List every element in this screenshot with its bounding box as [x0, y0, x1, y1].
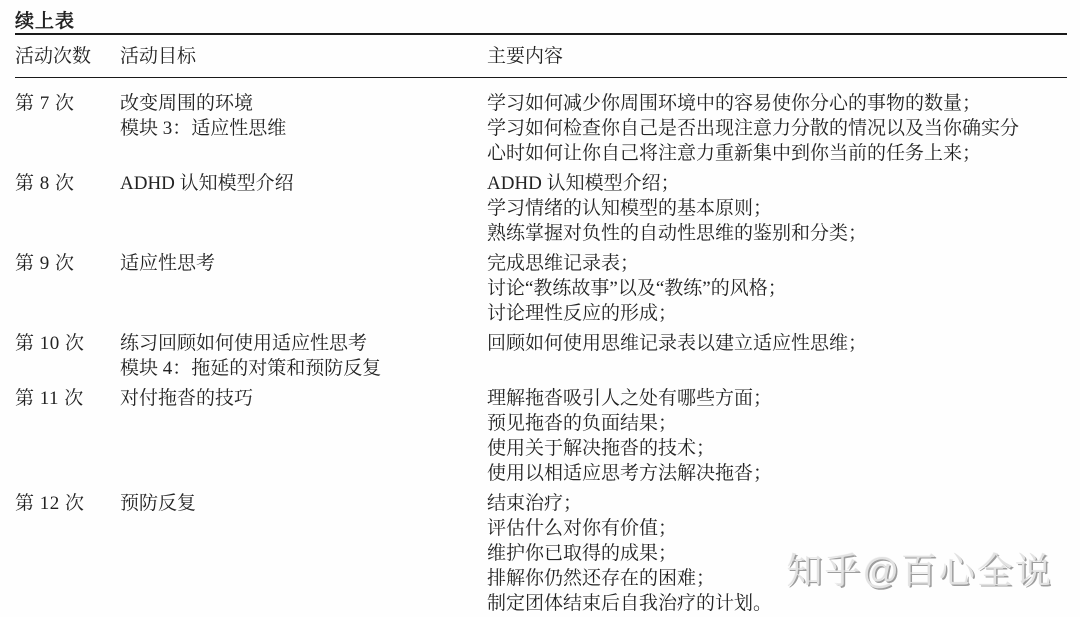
session-cell: 第 7 次: [15, 91, 120, 166]
table-header-row: 活动次数 活动目标 主要内容: [15, 35, 1067, 77]
table-row: 第 10 次练习回顾如何使用适应性思考模块 4：拖延的对策和预防反复回顾如何使用…: [15, 331, 1067, 381]
content-line: 结束治疗；: [487, 491, 1032, 516]
content-line: 使用以相适应思考方法解决拖沓；: [487, 461, 1032, 486]
content-line: 排解你仍然还存在的困难；: [487, 566, 1032, 591]
goal-line: 对付拖沓的技巧: [120, 386, 487, 411]
goal-line: 练习回顾如何使用适应性思考: [120, 331, 487, 356]
table-row: 第 11 次对付拖沓的技巧理解拖沓吸引人之处有哪些方面；预见拖沓的负面结果；使用…: [15, 386, 1067, 486]
session-cell: 第 8 次: [15, 171, 120, 246]
session-cell: 第 11 次: [15, 386, 120, 486]
content-line: 预见拖沓的负面结果；: [487, 411, 1032, 436]
goal-cell: 预防反复: [120, 491, 487, 616]
content-line: 学习情绪的认知模型的基本原则；: [487, 196, 1032, 221]
content-line: 维护你已取得的成果；: [487, 541, 1032, 566]
content-line: 制定团体结束后自我治疗的计划。: [487, 591, 1032, 616]
goal-cell: 适应性思考: [120, 251, 487, 326]
content-cell: 理解拖沓吸引人之处有哪些方面；预见拖沓的负面结果；使用关于解决拖沓的技术；使用以…: [487, 386, 1032, 486]
goal-line: 适应性思考: [120, 251, 487, 276]
content-line: 讨论理性反应的形成；: [487, 301, 1032, 326]
goal-line: 预防反复: [120, 491, 487, 516]
goal-cell: 改变周围的环境模块 3：适应性思维: [120, 91, 487, 166]
content-line: 学习如何减少你周围环境中的容易使你分心的事物的数量；: [487, 91, 1032, 116]
table-body: 第 7 次改变周围的环境模块 3：适应性思维学习如何减少你周围环境中的容易使你分…: [15, 78, 1067, 616]
goal-cell: 对付拖沓的技巧: [120, 386, 487, 486]
content-line: 讨论“教练故事”以及“教练”的风格；: [487, 276, 1032, 301]
content-cell: 回顾如何使用思维记录表以建立适应性思维；: [487, 331, 1032, 381]
column-header-goal: 活动目标: [120, 44, 487, 69]
goal-line: 模块 3：适应性思维: [120, 116, 487, 141]
column-header-content: 主要内容: [487, 44, 1032, 69]
document-page: 续上表 活动次数 活动目标 主要内容 第 7 次改变周围的环境模块 3：适应性思…: [0, 0, 1080, 617]
goal-cell: 练习回顾如何使用适应性思考模块 4：拖延的对策和预防反复: [120, 331, 487, 381]
session-cell: 第 12 次: [15, 491, 120, 616]
content-cell: 学习如何减少你周围环境中的容易使你分心的事物的数量；学习如何检查你自己是否出现注…: [487, 91, 1032, 166]
table-row: 第 8 次ADHD 认知模型介绍ADHD 认知模型介绍；学习情绪的认知模型的基本…: [15, 171, 1067, 246]
table-row: 第 7 次改变周围的环境模块 3：适应性思维学习如何减少你周围环境中的容易使你分…: [15, 91, 1067, 166]
content-line: 学习如何检查你自己是否出现注意力分散的情况以及当你确实分心时如何让你自己将注意力…: [487, 116, 1032, 166]
content-cell: 结束治疗；评估什么对你有价值；维护你已取得的成果；排解你仍然还存在的困难；制定团…: [487, 491, 1032, 616]
content-cell: 完成思维记录表；讨论“教练故事”以及“教练”的风格；讨论理性反应的形成；: [487, 251, 1032, 326]
session-cell: 第 9 次: [15, 251, 120, 326]
content-line: 完成思维记录表；: [487, 251, 1032, 276]
content-line: 熟练掌握对负性的自动性思维的鉴别和分类；: [487, 221, 1032, 246]
content-line: 评估什么对你有价值；: [487, 516, 1032, 541]
content-line: 使用关于解决拖沓的技术；: [487, 436, 1032, 461]
table-row: 第 12 次预防反复结束治疗；评估什么对你有价值；维护你已取得的成果；排解你仍然…: [15, 491, 1067, 616]
content-line: ADHD 认知模型介绍；: [487, 171, 1032, 196]
table-row: 第 9 次适应性思考完成思维记录表；讨论“教练故事”以及“教练”的风格；讨论理性…: [15, 251, 1067, 326]
goal-cell: ADHD 认知模型介绍: [120, 171, 487, 246]
goal-line: ADHD 认知模型介绍: [120, 171, 487, 196]
session-cell: 第 10 次: [15, 331, 120, 381]
goal-line: 改变周围的环境: [120, 91, 487, 116]
content-cell: ADHD 认知模型介绍；学习情绪的认知模型的基本原则；熟练掌握对负性的自动性思维…: [487, 171, 1032, 246]
goal-line: 模块 4：拖延的对策和预防反复: [120, 356, 487, 381]
column-header-session: 活动次数: [15, 44, 120, 69]
content-line: 理解拖沓吸引人之处有哪些方面；: [487, 386, 1032, 411]
content-line: 回顾如何使用思维记录表以建立适应性思维；: [487, 331, 1032, 356]
table-continuation-label: 续上表: [15, 11, 1067, 33]
